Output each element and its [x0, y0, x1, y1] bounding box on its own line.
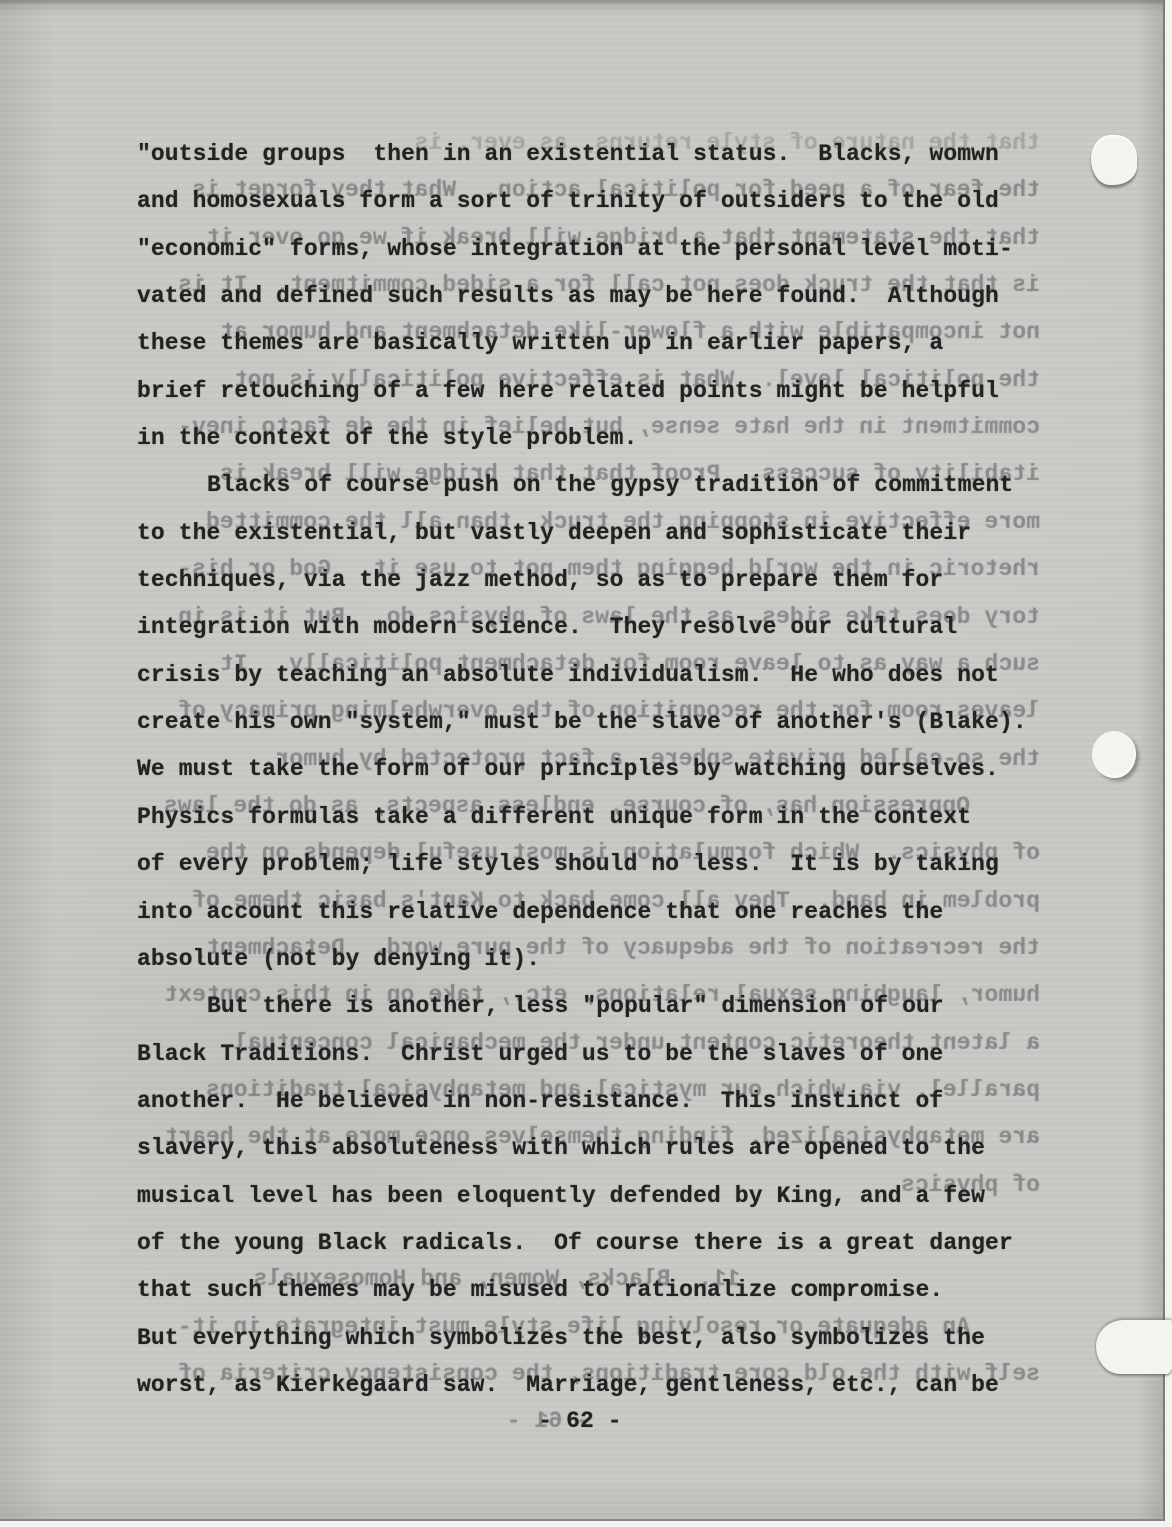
text-line: in the context of the style problem. [137, 415, 1037, 462]
text-line: But there is another, less "popular" dim… [137, 983, 1037, 1030]
text-line: musical level has been eloquently defend… [137, 1173, 1037, 1220]
punch-hole-middle [1092, 731, 1136, 778]
document-page: that the nature of style returns, as eve… [0, 0, 1165, 1521]
text-line: absolute (not by denying it). [137, 936, 1037, 983]
text-line: brief retouching of a few here related p… [137, 368, 1037, 415]
text-line: slavery, this absoluteness with which ru… [137, 1125, 1037, 1172]
text-line: crisis by teaching an absolute individua… [137, 652, 1037, 699]
text-line: Physics formulas take a different unique… [137, 794, 1037, 841]
punch-hole-top [1091, 135, 1137, 185]
text-line: create his own "system," must be the sla… [137, 699, 1037, 746]
text-line: We must take the form of our principles … [137, 746, 1037, 793]
page-number: - 62 - [137, 1398, 1023, 1445]
text-line: integration with modern science. They re… [137, 604, 1037, 651]
text-line: that such themes may be misused to ratio… [137, 1267, 1037, 1314]
text-line: into account this relative dependence th… [137, 889, 1037, 936]
text-line: of the young Black radicals. Of course t… [137, 1220, 1037, 1267]
text-line: vated and defined such results as may be… [137, 273, 1037, 320]
text-line: "economic" forms, whose integration at t… [137, 226, 1037, 273]
text-line: another. He believed in non-resistance. … [137, 1078, 1037, 1125]
text-line: Blacks of course push on the gypsy tradi… [137, 462, 1037, 509]
text-line: "outside groups then in an existential s… [137, 131, 1037, 178]
text-line: But everything which symbolizes the best… [137, 1315, 1037, 1362]
punch-hole-bottom-torn [1096, 1320, 1172, 1374]
text-line: these themes are basically written up in… [137, 320, 1037, 367]
text-line: Black Traditions. Christ urged us to be … [137, 1031, 1037, 1078]
typewritten-text: "outside groups then in an existential s… [137, 131, 1037, 1409]
text-line: and homosexuals form a sort of trinity o… [137, 178, 1037, 225]
text-line: of every problem; life styles should no … [137, 841, 1037, 888]
text-line: techniques, via the jazz method, so as t… [137, 557, 1037, 604]
text-line: to the existential, but vastly deepen an… [137, 510, 1037, 557]
